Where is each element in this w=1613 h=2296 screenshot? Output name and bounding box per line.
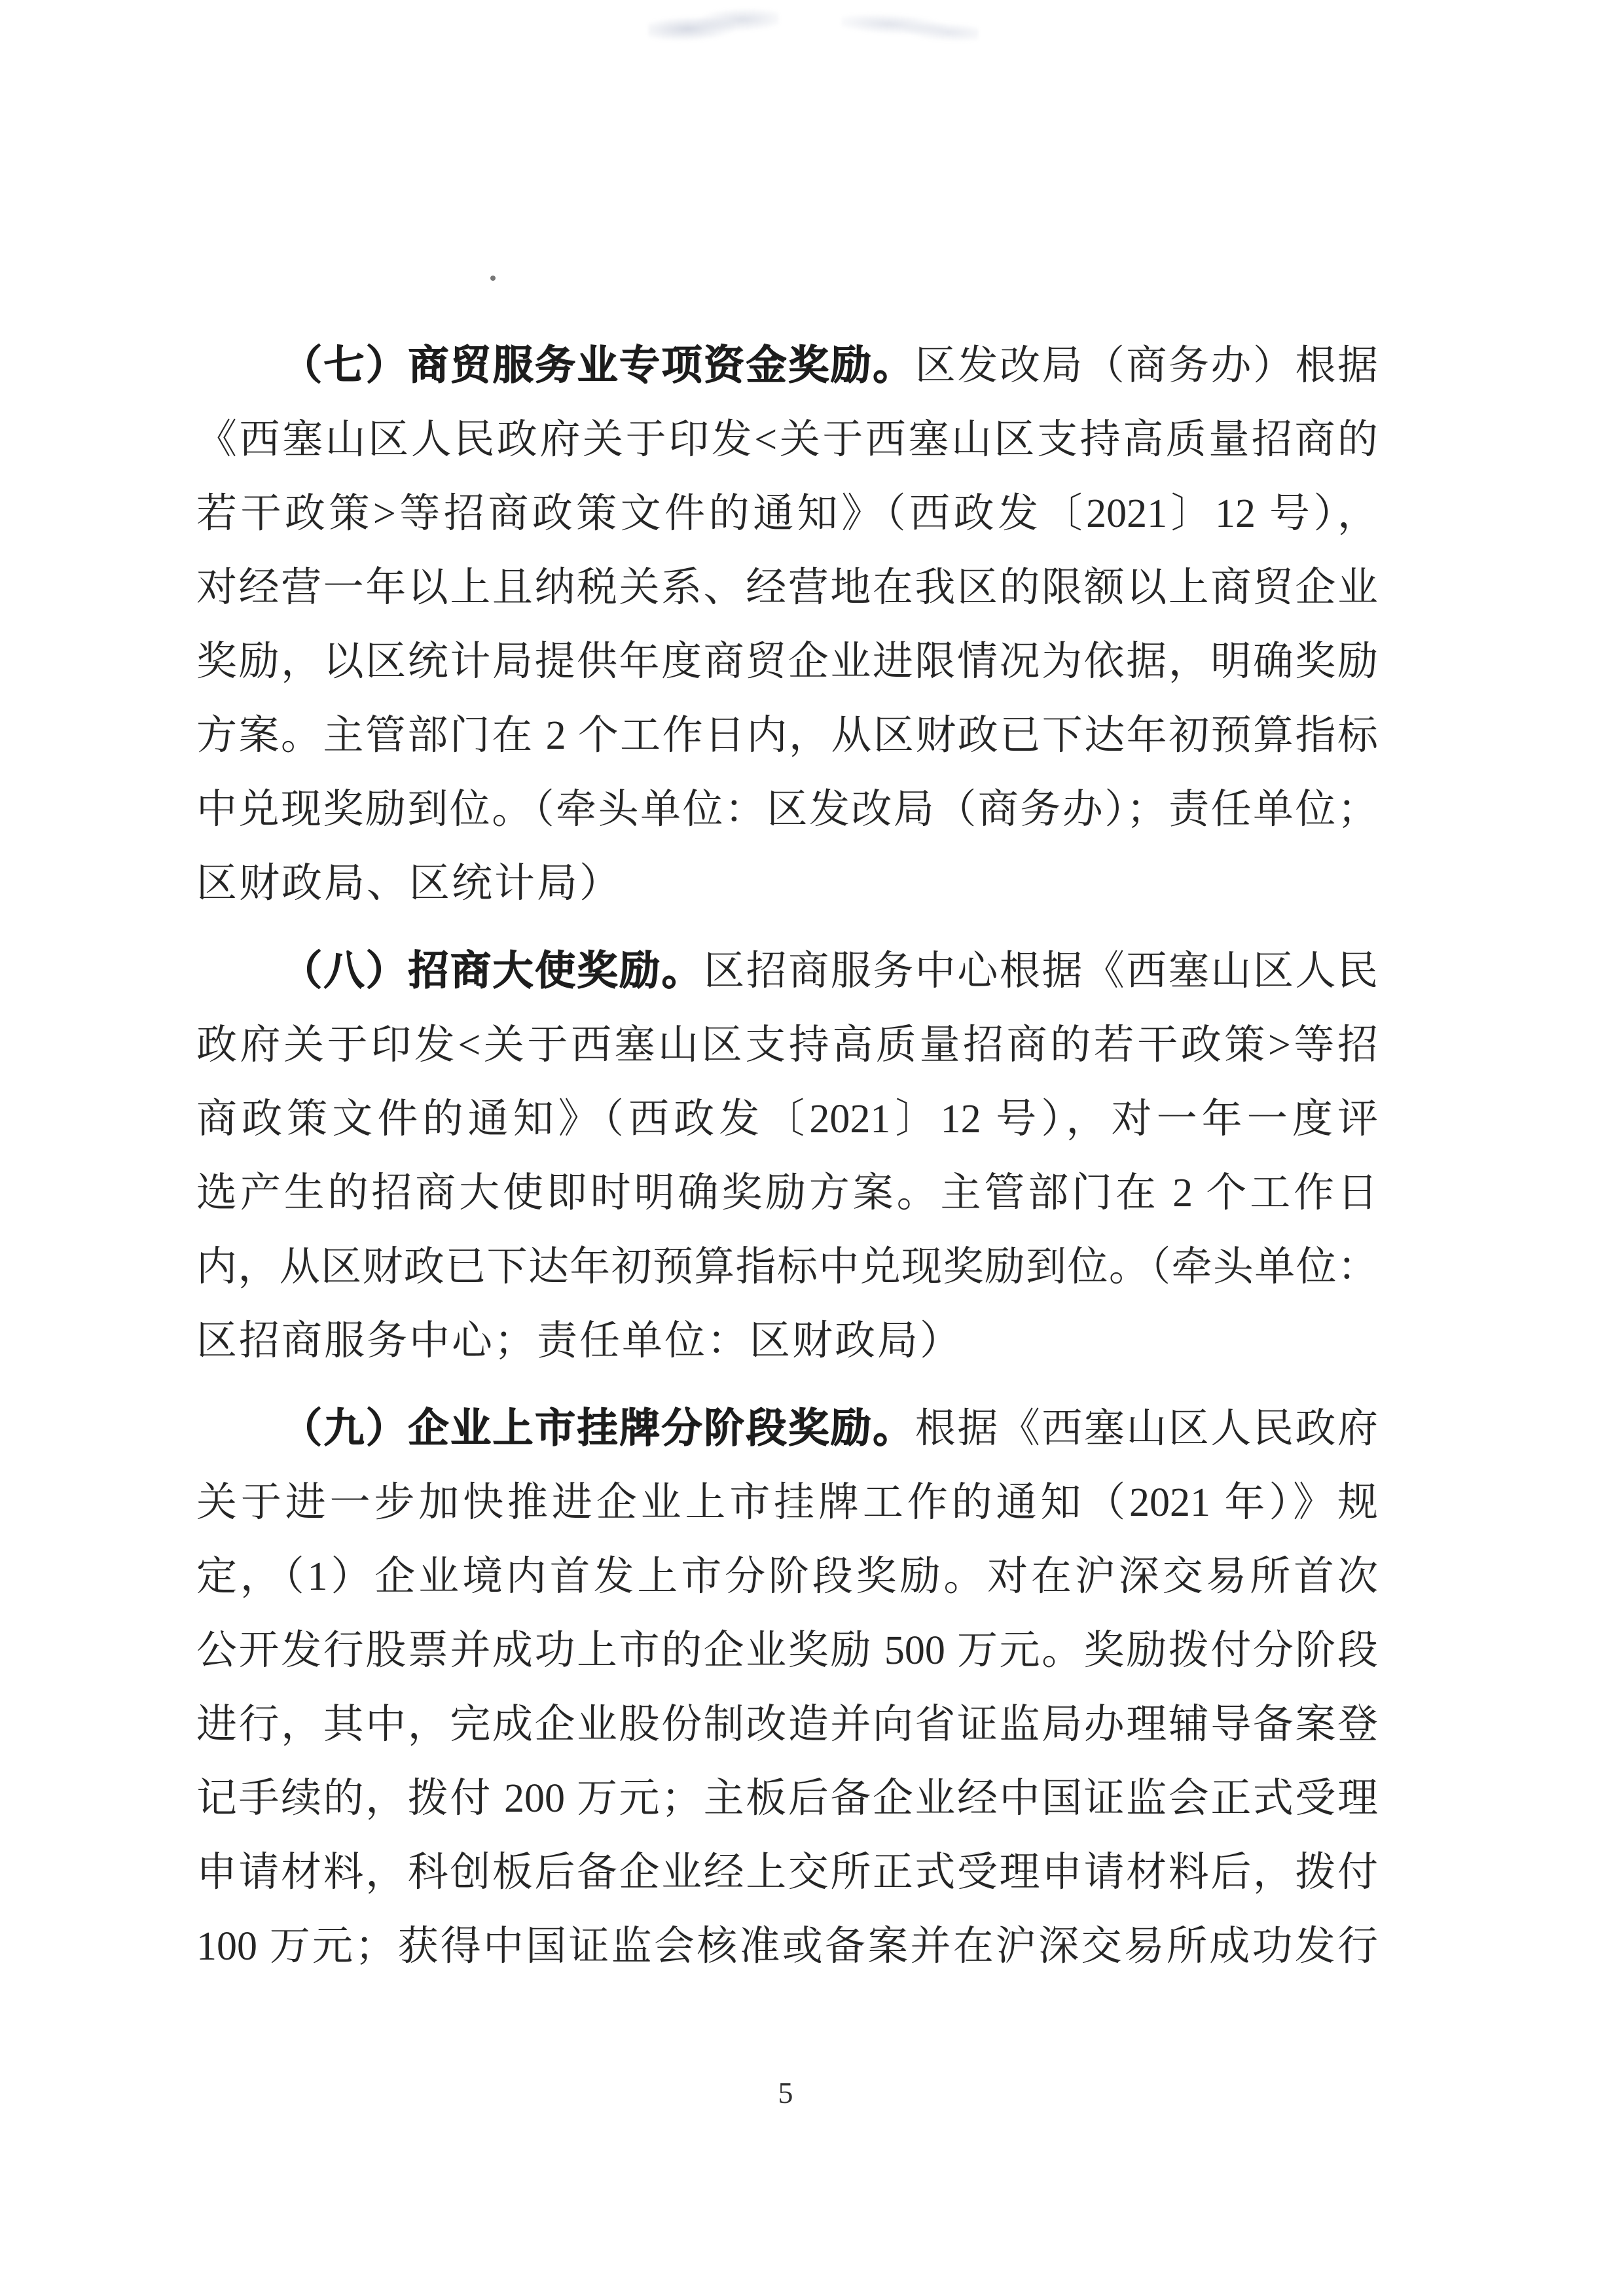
text-line: 《西塞山区人民政府关于印发<关于西塞山区支持高质量招商的 bbox=[196, 403, 1378, 477]
text-run: 区招商服务中心根据《西塞山区人民 bbox=[704, 949, 1378, 994]
bold-heading-run: （八）招商大使奖励。 bbox=[281, 949, 704, 994]
paragraph-item-8: （八）招商大使奖励。区招商服务中心根据《西塞山区人民 政府关于印发<关于西塞山区… bbox=[196, 935, 1378, 1378]
text-line: 政府关于印发<关于西塞山区支持高质量招商的若干政策>等招 bbox=[196, 1009, 1378, 1083]
bold-heading-run: （七）商贸服务业专项资金奖励。 bbox=[281, 344, 915, 388]
page-number: 5 bbox=[753, 2073, 818, 2113]
text-line: 若干政策>等招商政策文件的通知》（西政发〔2021〕12 号）， bbox=[196, 477, 1378, 551]
text-line: 对经营一年以上且纳税关系、经营地在我区的限额以上商贸企业 bbox=[196, 551, 1378, 625]
scan-dot-artifact bbox=[490, 276, 496, 281]
text-line: 关于进一步加快推进企业上市挂牌工作的通知（2021 年）》规 bbox=[196, 1466, 1378, 1540]
text-run: 根据《西塞山区人民政府 bbox=[915, 1407, 1378, 1451]
text-line: 申请材料，科创板后备企业经上交所正式受理申请材料后，拨付 bbox=[196, 1836, 1378, 1910]
document-body: （七）商贸服务业专项资金奖励。区发改局（商务办）根据 《西塞山区人民政府关于印发… bbox=[196, 329, 1378, 1984]
text-line: 区财政局、区统计局） bbox=[196, 847, 1378, 921]
text-line: （八）招商大使奖励。区招商服务中心根据《西塞山区人民 bbox=[196, 935, 1378, 1009]
text-line: 100 万元；获得中国证监会核准或备案并在沪深交易所成功发行 bbox=[196, 1910, 1378, 1984]
bold-heading-run: （九）企业上市挂牌分阶段奖励。 bbox=[281, 1407, 915, 1451]
text-line: 定，（1）企业境内首发上市分阶段奖励。对在沪深交易所首次 bbox=[196, 1540, 1378, 1614]
scan-smudge-artifact bbox=[647, 6, 780, 47]
text-line: （九）企业上市挂牌分阶段奖励。根据《西塞山区人民政府 bbox=[196, 1392, 1378, 1466]
text-run: 区发改局（商务办）根据 bbox=[915, 344, 1378, 388]
paragraph-item-9: （九）企业上市挂牌分阶段奖励。根据《西塞山区人民政府 关于进一步加快推进企业上市… bbox=[196, 1392, 1378, 1984]
paragraph-item-7: （七）商贸服务业专项资金奖励。区发改局（商务办）根据 《西塞山区人民政府关于印发… bbox=[196, 329, 1378, 921]
scanned-document-page: （七）商贸服务业专项资金奖励。区发改局（商务办）根据 《西塞山区人民政府关于印发… bbox=[0, 0, 1613, 2296]
text-line: 奖励，以区统计局提供年度商贸企业进限情况为依据，明确奖励 bbox=[196, 625, 1378, 699]
text-line: 公开发行股票并成功上市的企业奖励 500 万元。奖励拨付分阶段 bbox=[196, 1614, 1378, 1688]
text-line: 记手续的，拨付 200 万元；主板后备企业经中国证监会正式受理 bbox=[196, 1762, 1378, 1836]
text-line: 中兑现奖励到位。（牵头单位：区发改局（商务办）；责任单位； bbox=[196, 773, 1378, 847]
text-line: 进行，其中，完成企业股份制改造并向省证监局办理辅导备案登 bbox=[196, 1688, 1378, 1762]
text-line: 区招商服务中心；责任单位：区财政局） bbox=[196, 1304, 1378, 1378]
text-line: （七）商贸服务业专项资金奖励。区发改局（商务办）根据 bbox=[196, 329, 1378, 403]
scan-smudge-artifact bbox=[841, 7, 979, 47]
text-line: 商政策文件的通知》（西政发〔2021〕12 号），对一年一度评 bbox=[196, 1083, 1378, 1157]
text-line: 内，从区财政已下达年初预算指标中兑现奖励到位。（牵头单位： bbox=[196, 1230, 1378, 1304]
text-line: 选产生的招商大使即时明确奖励方案。主管部门在 2 个工作日 bbox=[196, 1157, 1378, 1230]
text-line: 方案。主管部门在 2 个工作日内，从区财政已下达年初预算指标 bbox=[196, 699, 1378, 773]
